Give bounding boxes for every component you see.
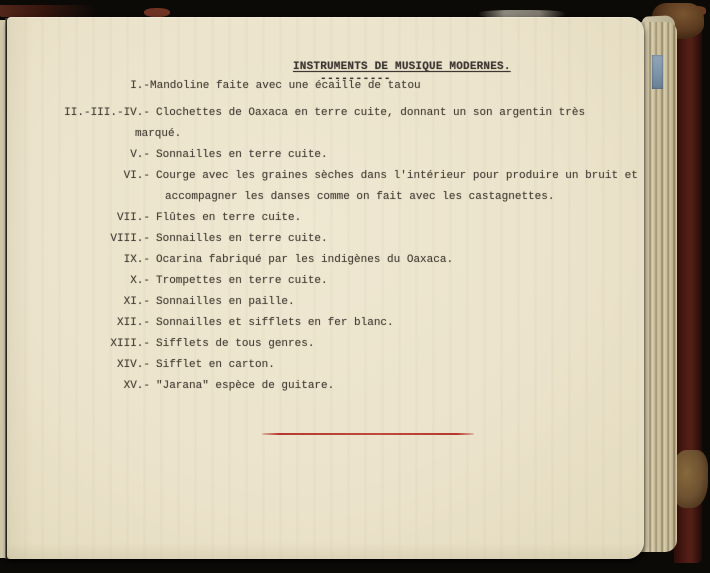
- item-text: Clochettes de Oaxaca en terre cuite, don…: [156, 107, 585, 119]
- list-item: XI.-Sonnailles en paille.: [7, 292, 637, 313]
- item-numeral: IX.-: [7, 250, 150, 271]
- item-numeral: VII.-: [7, 208, 150, 229]
- photo-background: INSTRUMENTS DE MUSIQUE MODERNES. -------…: [0, 0, 710, 573]
- cover-edge-debris: [0, 5, 96, 17]
- item-numeral: XIII.-: [7, 334, 150, 355]
- list-item: XIV.-Sifflet en carton.: [7, 355, 637, 376]
- list-item: II.-III.-IV.-Clochettes de Oaxaca en ter…: [7, 103, 637, 124]
- list-item: VIII.-Sonnailles en terre cuite.: [7, 229, 637, 250]
- book-cover-worn-patch: [672, 450, 708, 508]
- item-text: Sonnailles et sifflets en fer blanc.: [156, 317, 394, 329]
- item-text: Flûtes en terre cuite.: [156, 212, 301, 224]
- red-ink-divider: [262, 433, 474, 435]
- item-text: Sifflet en carton.: [156, 359, 275, 371]
- album-page: INSTRUMENTS DE MUSIQUE MODERNES. -------…: [7, 17, 644, 559]
- item-text: Sonnailles en terre cuite.: [156, 233, 328, 245]
- item-text: Sifflets de tous genres.: [156, 338, 314, 350]
- list-item: X.-Trompettes en terre cuite.: [7, 271, 637, 292]
- list-item-continuation: accompagner les danses comme on fait ave…: [7, 187, 637, 208]
- page-edges: [640, 22, 677, 552]
- item-numeral: XV.-: [7, 376, 150, 397]
- list-item: XII.-Sonnailles et sifflets en fer blanc…: [7, 313, 637, 334]
- list-item: V.-Sonnailles en terre cuite.: [7, 145, 637, 166]
- item-numeral: X.-: [7, 271, 150, 292]
- item-numeral: VI.-: [7, 166, 150, 187]
- list-item: XIII.-Sifflets de tous genres.: [7, 334, 637, 355]
- item-text: "Jarana" espèce de guitare.: [156, 380, 334, 392]
- item-text: Trompettes en terre cuite.: [156, 275, 328, 287]
- item-text: accompagner les danses comme on fait ave…: [165, 191, 554, 203]
- list-item-continuation: marqué.: [7, 124, 637, 145]
- item-text: Sonnailles en paille.: [156, 296, 295, 308]
- item-numeral: II.-III.-IV.-: [7, 103, 150, 124]
- list-item: I.-Mandoline faite avec une écaille de t…: [7, 76, 637, 97]
- item-numeral: XIV.-: [7, 355, 150, 376]
- item-numeral: V.-: [7, 145, 150, 166]
- page-title: INSTRUMENTS DE MUSIQUE MODERNES.: [293, 61, 511, 73]
- list-item: VII.-Flûtes en terre cuite.: [7, 208, 637, 229]
- item-numeral: XII.-: [7, 313, 150, 334]
- item-text: Sonnailles en terre cuite.: [156, 149, 328, 161]
- item-text: Ocarina fabriqué par les indigènes du Oa…: [156, 254, 453, 266]
- item-numeral: I.-: [7, 76, 150, 97]
- list-item: IX.-Ocarina fabriqué par les indigènes d…: [7, 250, 637, 271]
- instrument-list: I.-Mandoline faite avec une écaille de t…: [7, 76, 637, 397]
- list-item: XV.-"Jarana" espèce de guitare.: [7, 376, 637, 397]
- item-numeral: VIII.-: [7, 229, 150, 250]
- item-text: marqué.: [135, 128, 181, 140]
- item-text: Mandoline faite avec une écaille de tato…: [150, 80, 421, 92]
- page-marker-tab: [652, 55, 663, 89]
- item-text: Courge avec les graines sèches dans l'in…: [156, 170, 638, 182]
- list-item: VI.-Courge avec les graines sèches dans …: [7, 166, 637, 187]
- cover-edge-debris: [144, 8, 170, 17]
- item-numeral: XI.-: [7, 292, 150, 313]
